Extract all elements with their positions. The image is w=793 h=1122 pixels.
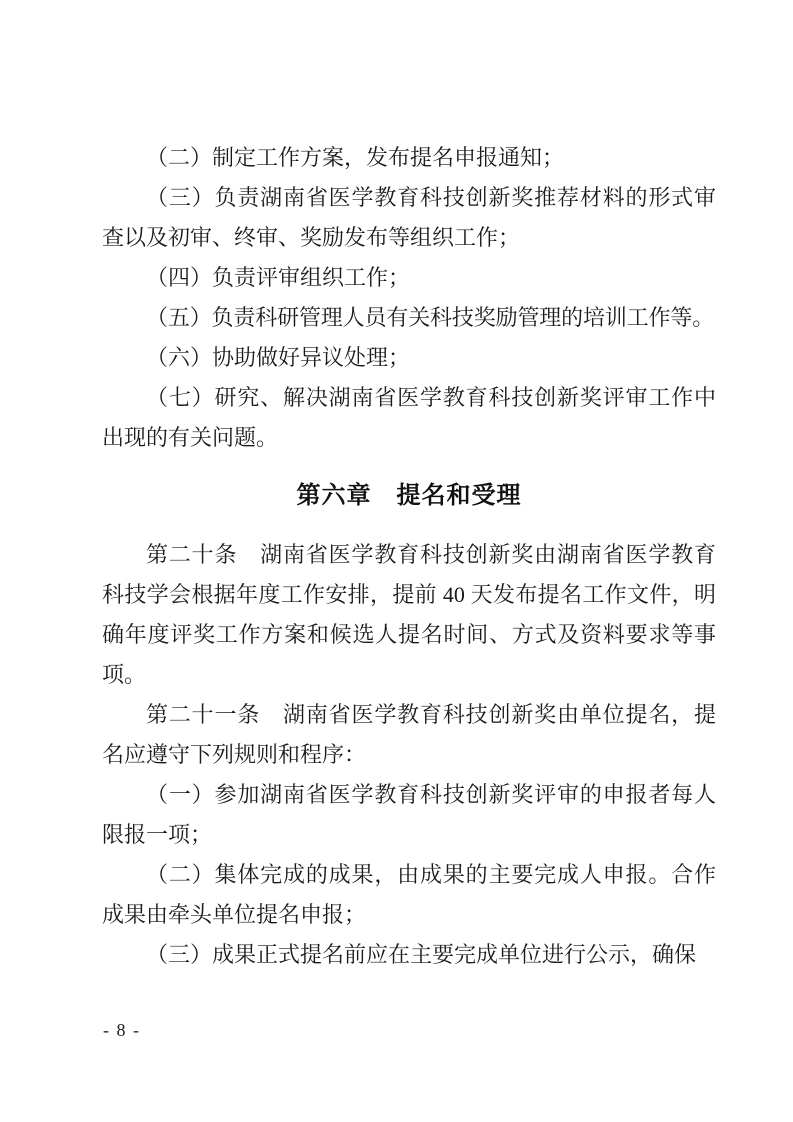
clause-item-4: （四）负责评审组织工作； [102, 258, 716, 298]
clause-item-5: （五）负责科研管理人员有关科技奖励管理的培训工作等。 [102, 298, 716, 338]
clause-item-6: （六）协助做好异议处理； [102, 338, 716, 378]
clause-item-7: （七）研究、解决湖南省医学教育科技创新奖评审工作中出现的有关问题。 [102, 378, 716, 458]
article-20-paragraph: 第二十条 湖南省医学教育科技创新奖由湖南省医学教育科技学会根据年度工作安排，提前… [102, 535, 716, 695]
clause-item-3: （三）负责湖南省医学教育科技创新奖推荐材料的形式审查以及初审、终审、奖励发布等组… [102, 178, 716, 258]
document-page: （二）制定工作方案，发布提名申报通知； （三）负责湖南省医学教育科技创新奖推荐材… [0, 0, 793, 1122]
article-21-item-3: （三）成果正式提名前应在主要完成单位进行公示，确保 [102, 935, 716, 975]
article-21-item-1: （一）参加湖南省医学教育科技创新奖评审的申报者每人限报一项； [102, 775, 716, 855]
article-21-paragraph: 第二十一条 湖南省医学教育科技创新奖由单位提名，提名应遵守下列规则和程序： [102, 695, 716, 775]
article-21-item-2: （二）集体完成的成果，由成果的主要完成人申报。合作成果由牵头单位提名申报； [102, 855, 716, 935]
chapter-heading: 第六章 提名和受理 [102, 476, 716, 516]
document-body: （二）制定工作方案，发布提名申报通知； （三）负责湖南省医学教育科技创新奖推荐材… [102, 138, 716, 975]
page-number: - 8 - [103, 1017, 141, 1043]
clause-item-2: （二）制定工作方案，发布提名申报通知； [102, 138, 716, 178]
